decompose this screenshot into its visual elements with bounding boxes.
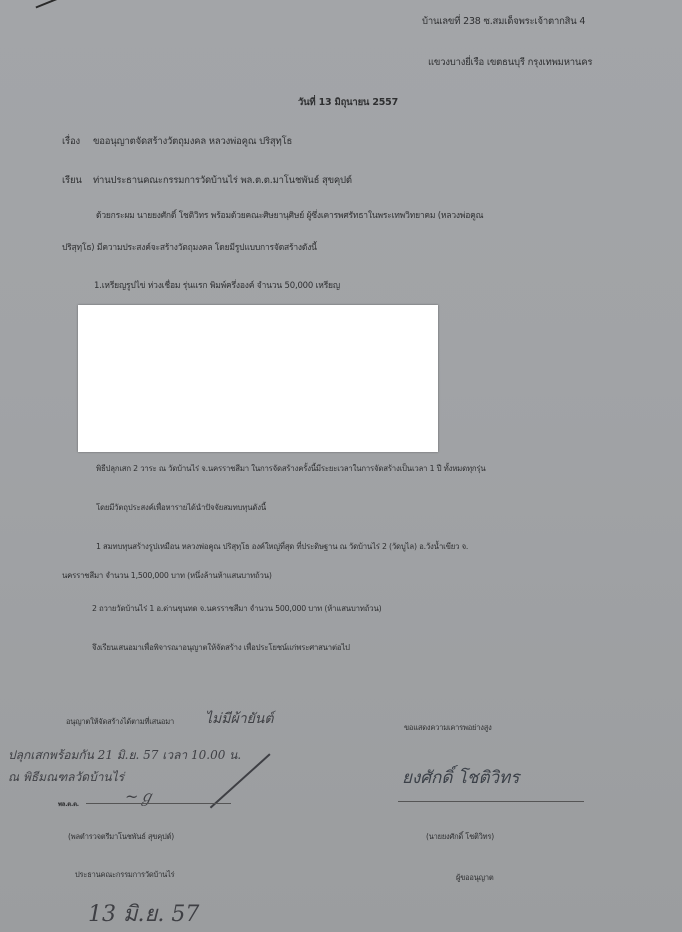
applicant-signature: ยงศักดิ์ โชติวิทร [402, 764, 519, 791]
respect-line: ขอแสดงความเคารพอย่างสูง [404, 722, 492, 734]
approver-title: ประธานคณะกรรมการวัดบ้านไร่ [75, 869, 174, 881]
subject-text: ขออนุญาตจัดสร้างวัตถุมงคล หลวงพ่อคูณ ปริ… [93, 134, 292, 149]
approval-handwritten-note1: ไม่มีผ้ายันต์ [205, 708, 273, 730]
approval-printed-note: อนุญาตให้จัดสร้างได้ตามที่เสนอมา [66, 716, 174, 728]
purpose1-line2: นครราชสีมา จำนวน 1,500,000 บาท (หนึ่งล้า… [62, 570, 272, 582]
recipient-label: เรียน [62, 173, 82, 188]
closing-text: จึงเรียนเสนอมาเพื่อพิจารณาอนุญาตให้จัดสร… [92, 642, 350, 654]
recipient-text: ท่านประธานคณะกรรมการวัดบ้านไร่ พล.ต.ต.มา… [93, 173, 352, 188]
approval-handwritten-note2: ปลุกเสกพร้อมกัน 21 มิ.ย. 57 เวลา 10.00 น… [8, 746, 241, 765]
scanned-letter-page: บ้านเลขที่ 238 ซ.สมเด็จพระเจ้าตากสิน 4 แ… [0, 0, 682, 932]
subject-label: เรื่อง [62, 134, 80, 149]
purpose2-text: 2 ถวายวัดบ้านไร่ 1 อ.ด่านขุนทด จ.นครราชส… [92, 603, 381, 615]
pen-mark [35, 0, 58, 8]
ceremony-line2: โดยมีวัตถุประสงค์เพื่อหารายได้นำปัจจัยสม… [96, 502, 266, 514]
applicant-name: (นายยงศักดิ์ โชติวิทร) [426, 831, 494, 843]
item1-text: 1.เหรียญรูปไข่ ห่วงเชื่อม รุ่นแรก พิมพ์ค… [94, 278, 340, 292]
rank-abbrev: พล.ต.ต. [58, 799, 79, 809]
approval-handwritten-note3: ณ พิธีมณฑลวัดบ้านไร่ [8, 768, 124, 787]
purpose1-line1: 1 สมทบทุนสร้างรูปเหมือน หลวงพ่อคูณ ปริสุ… [96, 541, 468, 553]
approver-signature-line [86, 803, 231, 804]
intro-line1: ด้วยกระผม นายยงศักดิ์ โชติวิทร พร้อมด้วย… [96, 208, 483, 222]
redacted-region [78, 305, 438, 452]
applicant-signature-line [398, 801, 584, 802]
ceremony-line1: พิธีปลุกเสก 2 วาระ ณ วัดบ้านไร่ จ.นครราช… [96, 463, 486, 475]
sender-address-line2: แขวงบางยี่เรือ เขตธนบุรี กรุงเทพมหานคร [428, 55, 592, 70]
sender-address-line1: บ้านเลขที่ 238 ซ.สมเด็จพระเจ้าตากสิน 4 [422, 14, 585, 29]
letter-date: วันที่ 13 มิถุนายน 2557 [298, 95, 398, 110]
intro-line2: ปริสุทฺโธ) มีความประสงค์จะสร้างวัตถุมงคล… [62, 240, 317, 254]
approval-handwritten-date: 13 มิ.ย. 57 [88, 896, 199, 931]
approver-name: (พลตำรวจตรีมาโนชพันธ์ สุขคุปต์) [68, 831, 174, 843]
applicant-title: ผู้ขออนุญาต [456, 872, 494, 884]
